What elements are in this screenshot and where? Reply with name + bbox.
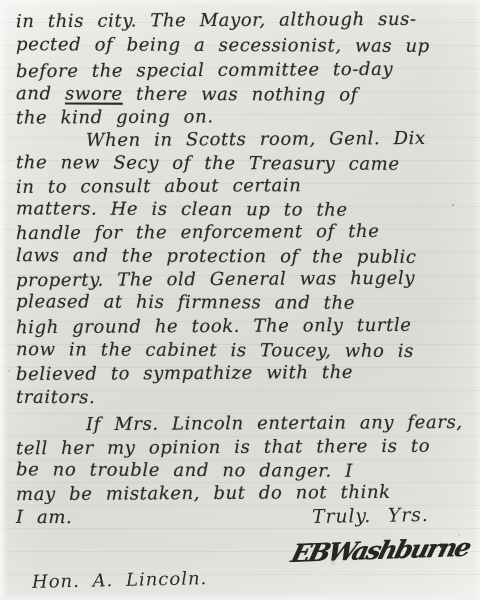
signature: EBWashburne — [286, 533, 473, 568]
scanned-letter-page: in this city. The Mayor, although sus- p… — [0, 0, 480, 600]
letter-addressee: Hon. A. Lincoln. — [32, 568, 208, 593]
letter-line: handle for the enforcement of the — [16, 221, 380, 244]
letter-line: the new Secy of the Treasury came — [16, 152, 400, 175]
letter-line: pected of being a secessionist, was up — [16, 34, 430, 57]
letter-line: in this city. The Mayor, although sus- — [16, 9, 417, 32]
letter-line: and swore there was nothing of — [16, 83, 358, 105]
letter-line: be no trouble and no danger. I — [16, 459, 353, 481]
letter-line: before the special committee to-day — [16, 59, 393, 82]
letter-line: laws and the protection of the public — [16, 245, 417, 268]
letter-closing: Truly. Yrs. — [312, 504, 429, 528]
letter-line-text: and — [16, 83, 65, 104]
letter-line: in to consult about certain — [16, 175, 302, 198]
letter-line: high ground he took. The only turtle — [16, 315, 412, 338]
letter-line: the kind going on. — [16, 106, 214, 128]
letter-line: tell her my opinion is that there is to — [16, 436, 430, 460]
letter-line: now in the cabinet is Toucey, who is — [16, 339, 414, 362]
scan-edge-bottom — [0, 594, 480, 600]
letter-line: traitors. — [16, 387, 95, 408]
underlined-word: swore — [65, 83, 123, 104]
letter-line: may be mistaken, but do not think — [16, 482, 391, 505]
letter-line: If Mrs. Lincoln entertain any fears, — [86, 412, 463, 435]
letter-line: When in Scotts room, Genl. Dix — [86, 128, 426, 151]
letter-line-text: there was nothing of — [123, 84, 358, 106]
letter-line: matters. He is clean up to the — [16, 198, 348, 220]
letter-line: I am. — [16, 507, 72, 528]
letter-line: property. The old General was hugely — [16, 268, 415, 291]
scan-noise-specks — [452, 204, 454, 206]
letter-line: believed to sympathize with the — [16, 362, 353, 385]
scan-edge-left — [0, 0, 7, 600]
letter-line: pleased at his firmness and the — [16, 291, 355, 313]
